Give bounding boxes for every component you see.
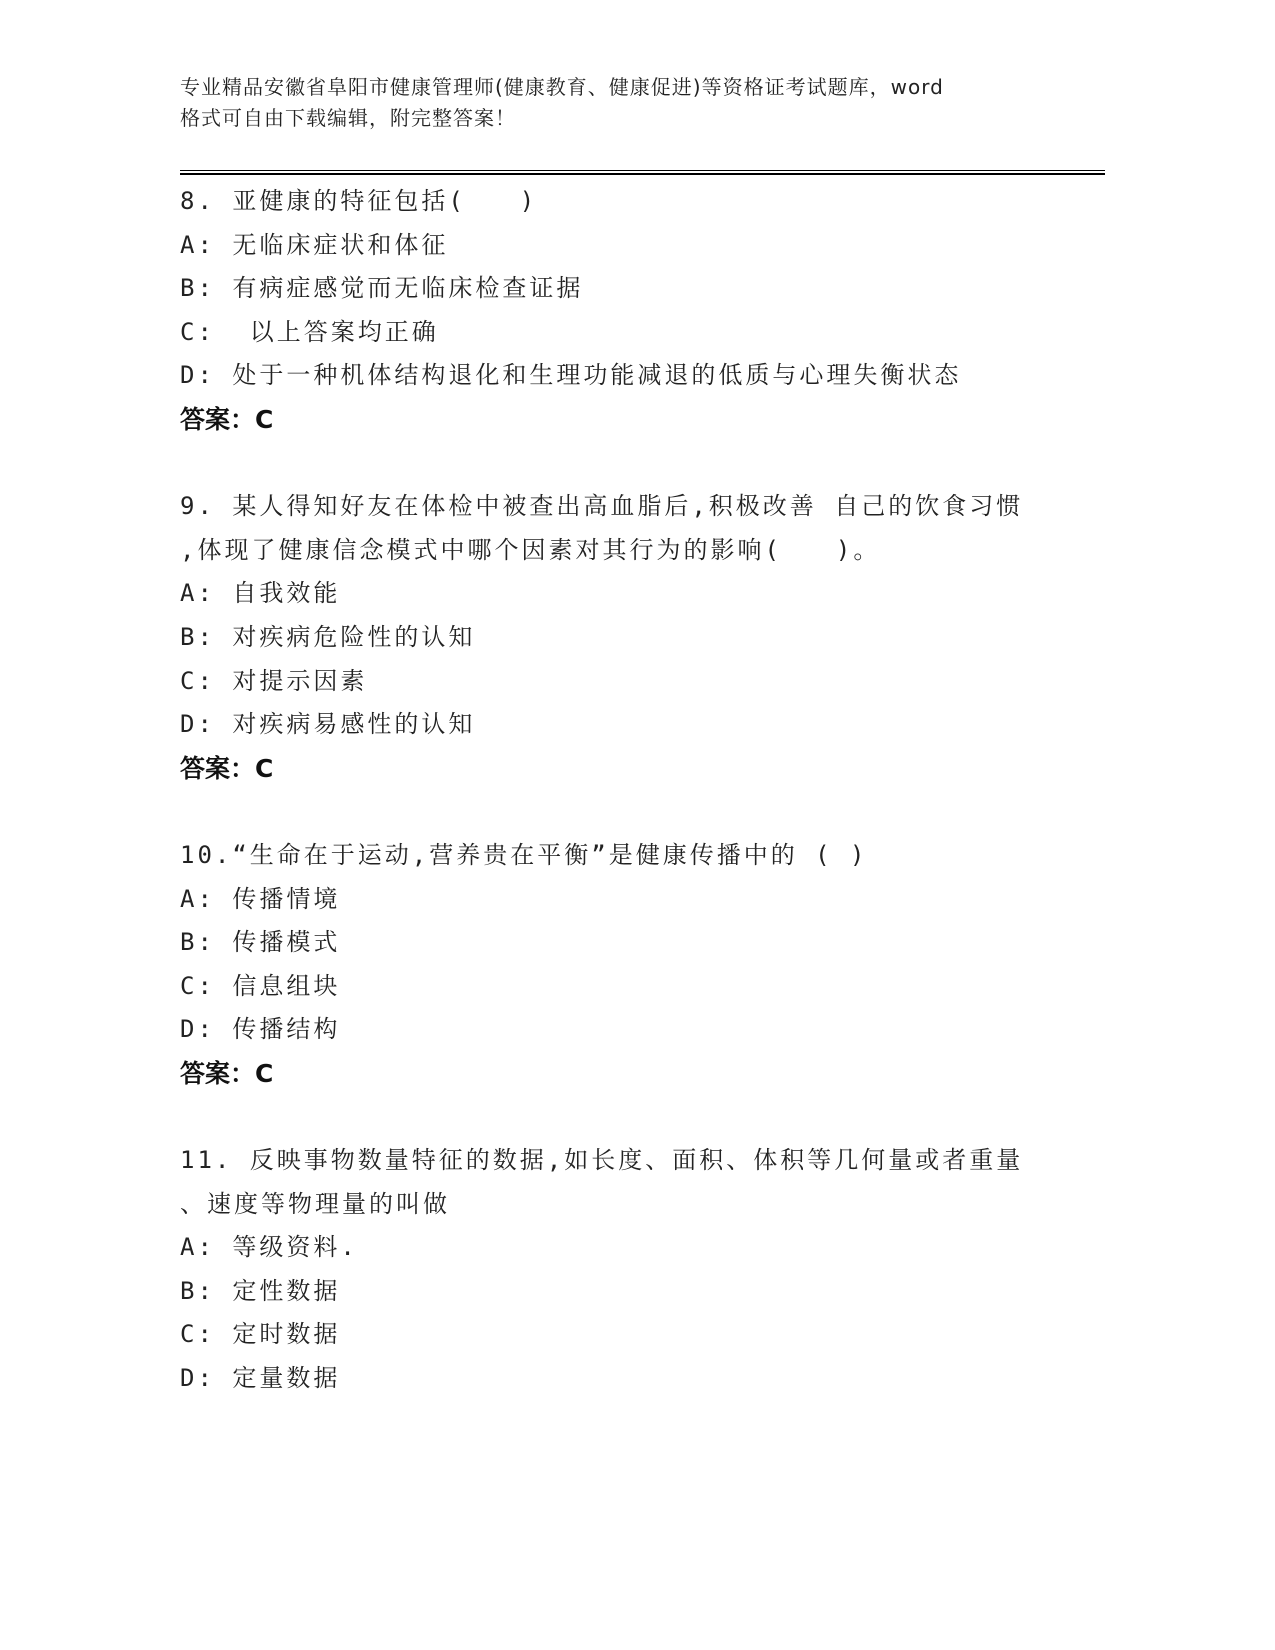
question-stem-line-2: ,体现了健康信念模式中哪个因素对其行为的影响( )。 <box>180 529 1080 573</box>
question-stem-line-1: 9. 某人得知好友在体检中被查出高血脂后,积极改善 自己的饮食习惯 <box>180 485 1080 529</box>
header-rule-thick <box>180 173 1105 175</box>
question-11: 11. 反映事物数量特征的数据,如长度、面积、体积等几何量或者重量 、速度等物理… <box>180 1139 1080 1401</box>
spacer <box>180 1095 1080 1139</box>
question-8: 8. 亚健康的特征包括( ) A: 无临床症状和体征 B: 有病症感觉而无临床检… <box>180 180 1080 442</box>
option-c: C: 定时数据 <box>180 1313 1080 1357</box>
option-c: C: 信息组块 <box>180 965 1080 1009</box>
header-line-1: 专业精品安徽省阜阳市健康管理师(健康教育、健康促进)等资格证考试题库，word <box>180 72 1060 103</box>
option-c: C: 以上答案均正确 <box>180 311 1080 355</box>
question-9: 9. 某人得知好友在体检中被查出高血脂后,积极改善 自己的饮食习惯 ,体现了健康… <box>180 485 1080 790</box>
option-d: D: 处于一种机体结构退化和生理功能减退的低质与心理失衡状态 <box>180 354 1080 398</box>
option-b: B: 对疾病危险性的认知 <box>180 616 1080 660</box>
answer: 答案：C <box>180 1052 1080 1096</box>
option-b: B: 定性数据 <box>180 1270 1080 1314</box>
option-d: D: 定量数据 <box>180 1357 1080 1401</box>
answer: 答案：C <box>180 398 1080 442</box>
option-b: B: 有病症感觉而无临床检查证据 <box>180 267 1080 311</box>
question-10: 10.“生命在于运动,营养贵在平衡”是健康传播中的 ( ) A: 传播情境 B:… <box>180 834 1080 1096</box>
option-c: C: 对提示因素 <box>180 660 1080 704</box>
option-a: A: 自我效能 <box>180 572 1080 616</box>
option-b: B: 传播模式 <box>180 921 1080 965</box>
spacer <box>180 790 1080 834</box>
option-d: D: 对疾病易感性的认知 <box>180 703 1080 747</box>
document-page: 专业精品安徽省阜阳市健康管理师(健康教育、健康促进)等资格证考试题库，word … <box>0 0 1275 1650</box>
question-stem: 10.“生命在于运动,营养贵在平衡”是健康传播中的 ( ) <box>180 834 1080 878</box>
question-stem-line-2: 、速度等物理量的叫做 <box>180 1183 1080 1227</box>
question-list: 8. 亚健康的特征包括( ) A: 无临床症状和体征 B: 有病症感觉而无临床检… <box>180 180 1080 1401</box>
option-d: D: 传播结构 <box>180 1008 1080 1052</box>
spacer <box>180 442 1080 486</box>
question-stem: 8. 亚健康的特征包括( ) <box>180 180 1080 224</box>
header-line-2: 格式可自由下载编辑，附完整答案！ <box>180 103 1060 134</box>
document-header: 专业精品安徽省阜阳市健康管理师(健康教育、健康促进)等资格证考试题库，word … <box>180 72 1060 134</box>
option-a: A: 无临床症状和体征 <box>180 224 1080 268</box>
question-stem-line-1: 11. 反映事物数量特征的数据,如长度、面积、体积等几何量或者重量 <box>180 1139 1080 1183</box>
header-rule-thin <box>180 170 1105 171</box>
option-a: A: 传播情境 <box>180 878 1080 922</box>
answer: 答案：C <box>180 747 1080 791</box>
option-a: A: 等级资料. <box>180 1226 1080 1270</box>
